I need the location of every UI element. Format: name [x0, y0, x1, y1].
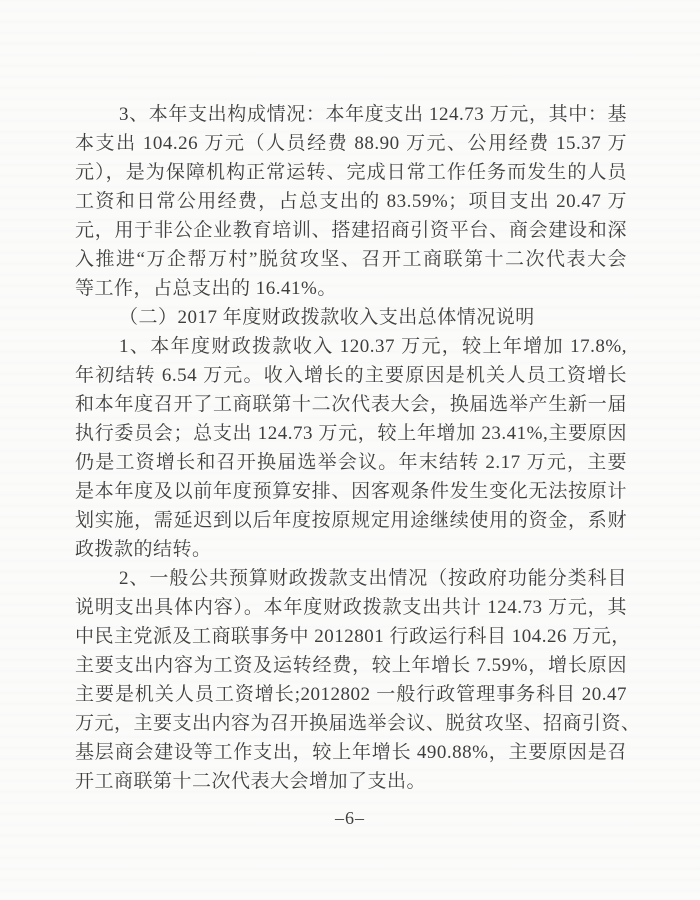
- text-line: 主要是机关人员工资增长;2012802 一般行政管理事务科目 20.47: [75, 680, 627, 709]
- document-page: 3、本年支出构成情况：本年度支出 124.73 万元，其中：基本支出 104.2…: [0, 0, 700, 900]
- text-line: 执行委员会；总支出 124.73 万元，较上年增加 23.41%,主要原因: [75, 419, 627, 448]
- text-line: 入推进“万企帮万村”脱贫攻坚、召开工商联第十二次代表大会: [75, 245, 627, 274]
- text-line: 是本年度及以前年度预算安排、因客观条件发生变化无法按原计: [75, 477, 627, 506]
- text-line: 等工作，占总支出的 16.41%。: [75, 274, 627, 303]
- text-line: 2、一般公共预算财政拨款支出情况（按政府功能分类科目: [75, 564, 627, 593]
- text-line: 和本年度召开了工商联第十二次代表大会，换届选举产生新一届: [75, 390, 627, 419]
- text-line: 中民主党派及工商联事务中 2012801 行政运行科目 104.26 万元，: [75, 622, 627, 651]
- text-line: 工资和日常公用经费，占总支出的 83.59%；项目支出 20.47 万: [75, 187, 627, 216]
- page-number: –6–: [0, 808, 700, 829]
- text-line: 元，用于非公企业教育培训、搭建招商引资平台、商会建设和深: [75, 216, 627, 245]
- text-line: 万元，主要支出内容为召开换届选举会议、脱贫攻坚、招商引资、: [75, 709, 627, 738]
- text-line: 开工商联第十二次代表大会增加了支出。: [75, 767, 627, 796]
- text-line: （二）2017 年度财政拨款收入支出总体情况说明: [75, 303, 627, 332]
- text-line: 划实施，需延迟到以后年度按原规定用途继续使用的资金，系财: [75, 506, 627, 535]
- text-block: 3、本年支出构成情况：本年度支出 124.73 万元，其中：基本支出 104.2…: [75, 100, 627, 796]
- text-line: 年初结转 6.54 万元。收入增长的主要原因是机关人员工资增长: [75, 361, 627, 390]
- text-line: 基层商会建设等工作支出，较上年增长 490.88%，主要原因是召: [75, 738, 627, 767]
- text-line: 仍是工资增长和召开换届选举会议。年末结转 2.17 万元，主要: [75, 448, 627, 477]
- text-line: 3、本年支出构成情况：本年度支出 124.73 万元，其中：基: [75, 100, 627, 129]
- text-line: 本支出 104.26 万元（人员经费 88.90 万元、公用经费 15.37 万: [75, 129, 627, 158]
- text-line: 主要支出内容为工资及运转经费，较上年增长 7.59%，增长原因: [75, 651, 627, 680]
- text-line: 1、本年度财政拨款收入 120.37 万元，较上年增加 17.8%,: [75, 332, 627, 361]
- text-line: 元），是为保障机构正常运转、完成日常工作任务而发生的人员: [75, 158, 627, 187]
- text-line: 政拨款的结转。: [75, 535, 627, 564]
- text-line: 说明支出具体内容）。本年度财政拨款支出共计 124.73 万元，其: [75, 593, 627, 622]
